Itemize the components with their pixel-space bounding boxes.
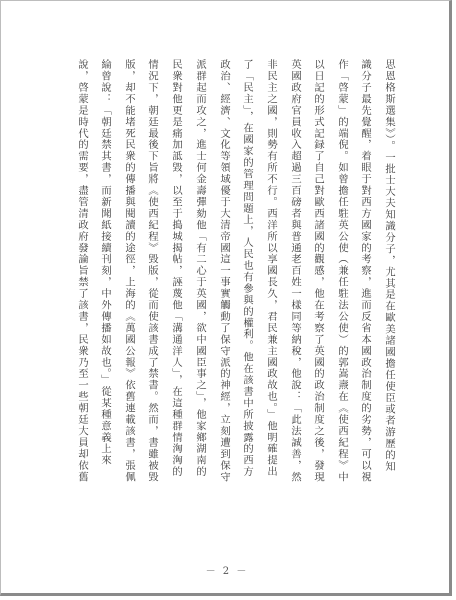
text-column-5: 英國政府官員收入超過三百磅者與普通老百姓一樣同等納稅，他說：「此法誠善，然	[288, 59, 302, 483]
text-column-6: 非民主之國，則勢有所不行。西洋所以享國長久，君民兼主國政故也。」他明確提出	[264, 59, 278, 478]
page-number: － 2 －	[1, 562, 453, 577]
text-column-1: 思恩格斯選集》）。一批士大夫知識分子，尤其是在歐美諸國擔任使臣或者游歷的知	[382, 59, 396, 472]
text-column-3: 作「啓蒙」的端倪。如曾擔任駐英公使（兼任駐法公使）的郭嵩燾在《使西紀程》中	[335, 59, 349, 483]
vertical-text-body: 思恩格斯選集》）。一批士大夫知識分子，尤其是在歐美諸國擔任使臣或者游歷的知 識分…	[65, 59, 400, 504]
text-column-12: 版，却不能堵死民衆的傳播與閱讀的途徑，上海的《萬國公報》依舊連載該書，張佩	[122, 59, 136, 483]
document-page: 思恩格斯選集》）。一批士大夫知識分子，尤其是在歐美諸國擔任使臣或者游歷的知 識分…	[0, 0, 452, 596]
text-column-4: 以日記的形式記録了自己對歐西諸國的觀感，他在考察了英國的政治制度之後，發現	[311, 59, 325, 483]
text-column-13: 綸曾說：「朝廷禁其書，而新聞紙接續刊刻，中外傳播如故也。」從某種意義上來	[98, 59, 112, 466]
text-column-2: 識分子最先覺醒，着眼于對西方國家的考察，進而反省本國政治制度的劣勢，可以視	[358, 59, 372, 483]
text-column-14: 說，啓蒙是時代的需要，盡管清政府發論旨禁了該書，民衆乃至一些朝廷大員却依舊	[75, 59, 89, 483]
text-column-8: 政治、經濟、文化等領域優于大清帝國這一事實觸動了保守派的神經，立刻遭到保守	[217, 59, 231, 483]
text-column-7: 了「民主」，在國家的管理問題上，人民也有參與的權利。他在該書中所披露的西方	[240, 59, 254, 478]
text-column-10: 民衆對他更是痛加詆毀，以至于搗城揭帖，誣蔑他「溝通洋人」，在這種群情洶洶的	[169, 59, 183, 478]
text-column-11: 情況下，朝廷最後下旨將《使西紀程》毀版，從而使該書成了禁書。然而，書雖被毀	[145, 59, 159, 483]
text-column-9: 派群起而攻之，進士何金壽彈劾他「有二心于英國，欲中國臣事之」，他家鄉湖南的	[193, 59, 207, 478]
